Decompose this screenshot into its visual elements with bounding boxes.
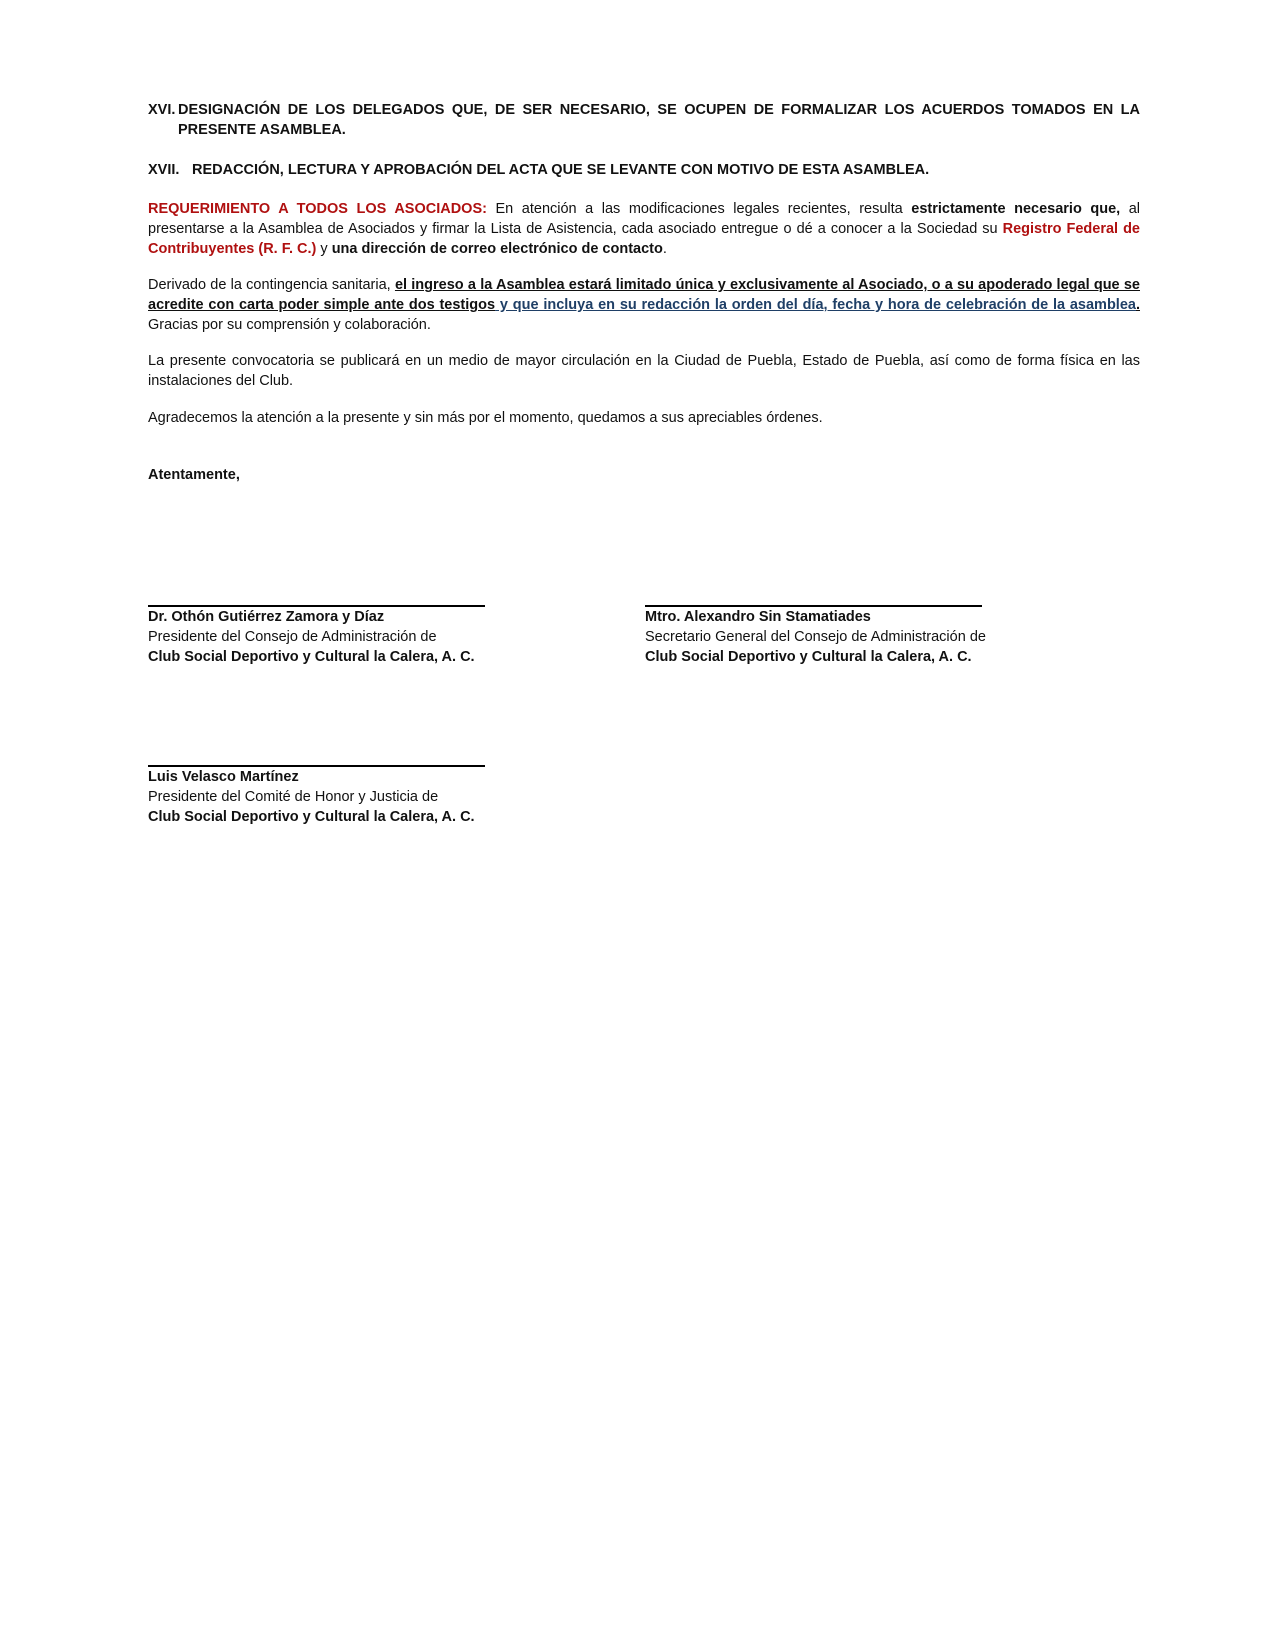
signatory-name: Luis Velasco Martínez — [148, 767, 475, 787]
signatory-org: Club Social Deportivo y Cultural la Cale… — [148, 647, 475, 667]
closing-paragraph: Agradecemos la atención a la presente y … — [148, 408, 1140, 428]
signatory-org: Club Social Deportivo y Cultural la Cale… — [645, 647, 986, 667]
signatory-role: Presidente del Comité de Honor y Justici… — [148, 787, 475, 807]
sanitary-paragraph: Derivado de la contingencia sanitaria, e… — [148, 275, 1140, 335]
signature-block-secretary: Mtro. Alexandro Sin Stamatiades Secretar… — [645, 607, 986, 667]
agenda-item-text: DESIGNACIÓN DE LOS DELEGADOS QUE, DE SER… — [178, 100, 1140, 140]
signatory-role: Secretario General del Consejo de Admini… — [645, 627, 986, 647]
sanitary-text: Derivado de la contingencia sanitaria, — [148, 277, 395, 293]
publication-paragraph: La presente convocatoria se publicará en… — [148, 351, 1140, 391]
requirement-text: . — [663, 241, 667, 257]
signatory-org: Club Social Deportivo y Cultural la Cale… — [148, 807, 475, 827]
signoff: Atentamente, — [148, 465, 1140, 485]
agenda-item-number: XVII. — [148, 160, 179, 180]
signatory-name: Mtro. Alexandro Sin Stamatiades — [645, 607, 986, 627]
email-requirement: una dirección de correo electrónico de c… — [332, 241, 663, 257]
signature-block-honor-committee: Luis Velasco Martínez Presidente del Com… — [148, 767, 475, 827]
requirement-paragraph: REQUERIMIENTO A TODOS LOS ASOCIADOS: En … — [148, 199, 1140, 259]
agenda-item-xvi: XVI. DESIGNACIÓN DE LOS DELEGADOS QUE, D… — [148, 100, 1140, 140]
thanks-text: Gracias por su comprensión y colaboració… — [148, 317, 431, 333]
requirement-emphasis: estrictamente necesario que, — [911, 201, 1120, 217]
sanitary-text: . — [1136, 297, 1140, 313]
requirement-heading: REQUERIMIENTO A TODOS LOS ASOCIADOS: — [148, 201, 487, 217]
signatory-name: Dr. Othón Gutiérrez Zamora y Díaz — [148, 607, 475, 627]
document-page: XVI. DESIGNACIÓN DE LOS DELEGADOS QUE, D… — [0, 0, 1275, 1650]
agenda-item-xvii: XVII. REDACCIÓN, LECTURA Y APROBACIÓN DE… — [148, 160, 1140, 180]
signature-block-president: Dr. Othón Gutiérrez Zamora y Díaz Presid… — [148, 607, 475, 667]
requirement-text: En atención a las modificaciones legales… — [487, 201, 911, 217]
proxy-requirement: y que incluya en su redacción la orden d… — [495, 297, 1136, 313]
requirement-text: y — [316, 241, 331, 257]
agenda-item-number: XVI. — [148, 100, 175, 120]
agenda-item-text: REDACCIÓN, LECTURA Y APROBACIÓN DEL ACTA… — [192, 160, 1140, 180]
signatory-role: Presidente del Consejo de Administración… — [148, 627, 475, 647]
